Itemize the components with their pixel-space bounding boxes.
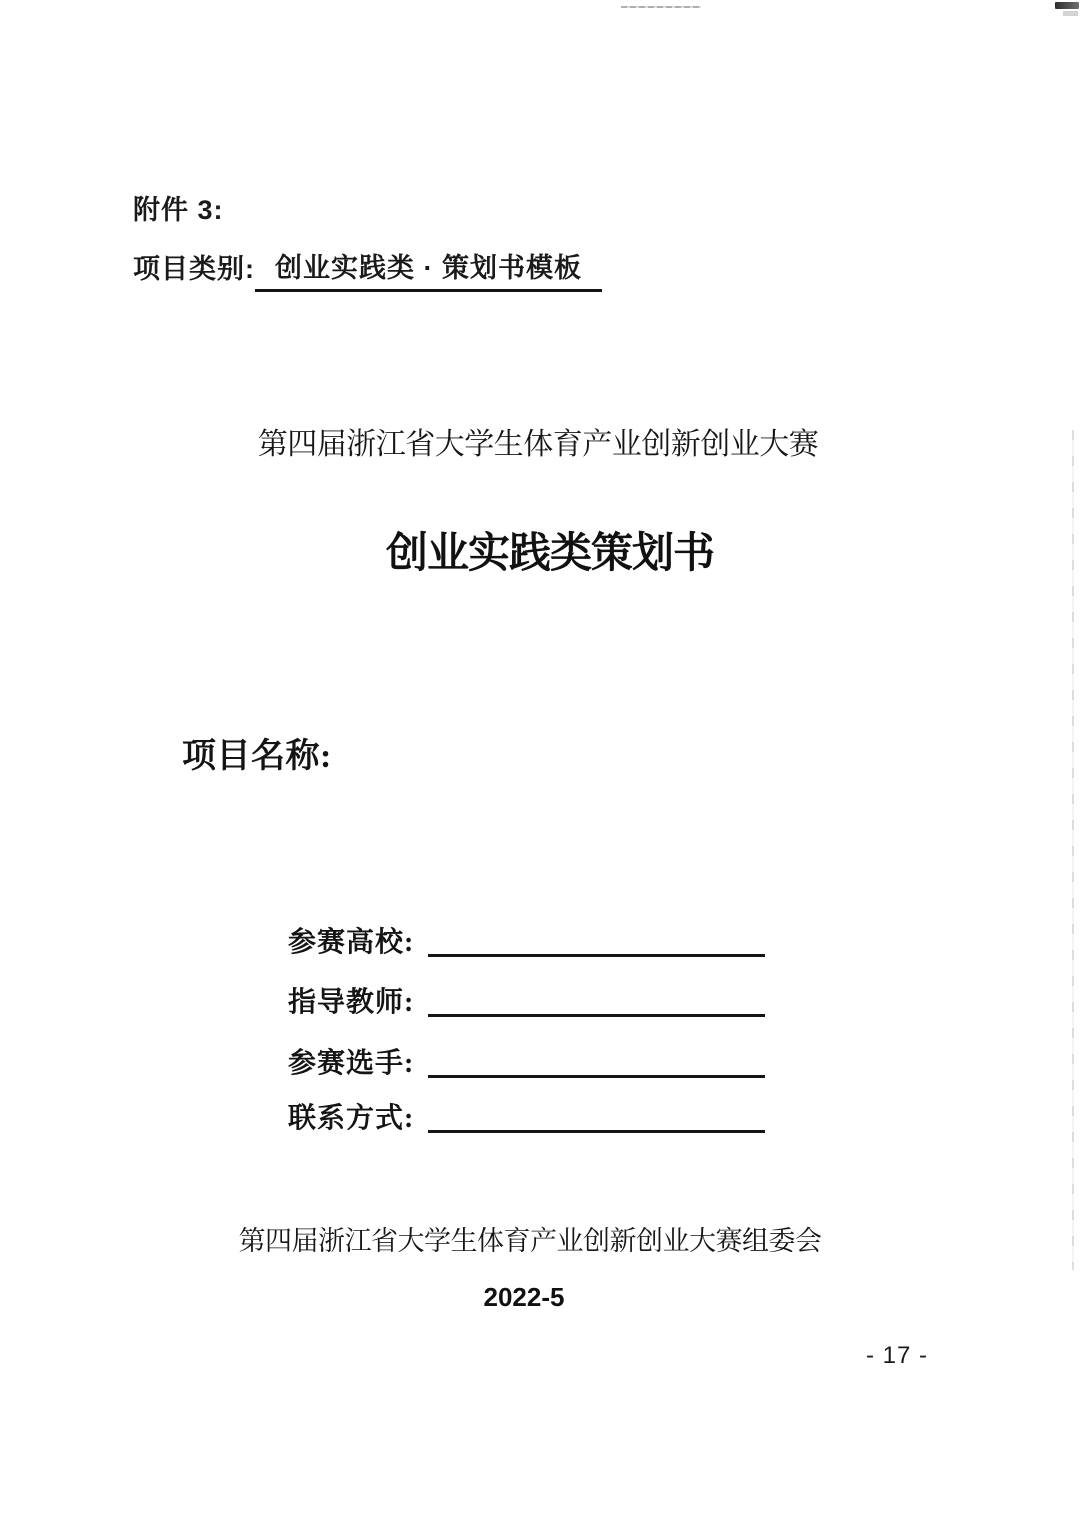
competition-title: 第四届浙江省大学生体育产业创新创业大赛: [258, 419, 819, 463]
scan-artifact-corner-smudge: [1055, 2, 1079, 9]
project-category-row: 项目类别: 创业实践类 · 策划书模板: [133, 246, 602, 292]
form-row-contestants: 参赛选手:: [288, 1039, 768, 1099]
project-category-value: 创业实践类 · 策划书模板: [275, 253, 582, 283]
scan-artifact-top-line: [621, 6, 701, 8]
form-value-contestants: [428, 1078, 765, 1079]
project-category-label: 项目类别:: [133, 247, 255, 292]
project-name-label: 项目名称:: [182, 728, 332, 777]
organizer-line: 第四届浙江省大学生体育产业创新创业大赛组委会: [239, 1219, 822, 1258]
form-value-university: [428, 957, 765, 958]
attachment-label: 附件 3:: [133, 188, 224, 227]
project-category-underline: 创业实践类 · 策划书模板: [255, 246, 602, 292]
form-row-contact: 联系方式:: [288, 1094, 768, 1154]
page-number: - 17 -: [866, 1342, 928, 1370]
form-value-contact: [428, 1133, 765, 1134]
form-blank-line-contestants: [428, 1075, 765, 1079]
scanned-document-page: 附件 3: 项目类别: 创业实践类 · 策划书模板 第四届浙江省大学生体育产业创…: [0, 0, 1080, 1527]
scan-artifact-corner-smudge-light: [1063, 11, 1078, 16]
form-row-university: 参赛高校:: [288, 918, 768, 978]
form-row-advisor: 指导教师:: [288, 978, 768, 1038]
form-blank-line-contact: [428, 1130, 765, 1134]
date-line: 2022-5: [484, 1282, 565, 1313]
form-blank-line-advisor: [428, 1014, 765, 1018]
form-blank-line-university: [428, 954, 765, 958]
form-value-advisor: [428, 1017, 765, 1018]
document-title: 创业实践类策划书: [386, 520, 714, 580]
scan-artifact-right-edge-line: [1072, 430, 1074, 1270]
